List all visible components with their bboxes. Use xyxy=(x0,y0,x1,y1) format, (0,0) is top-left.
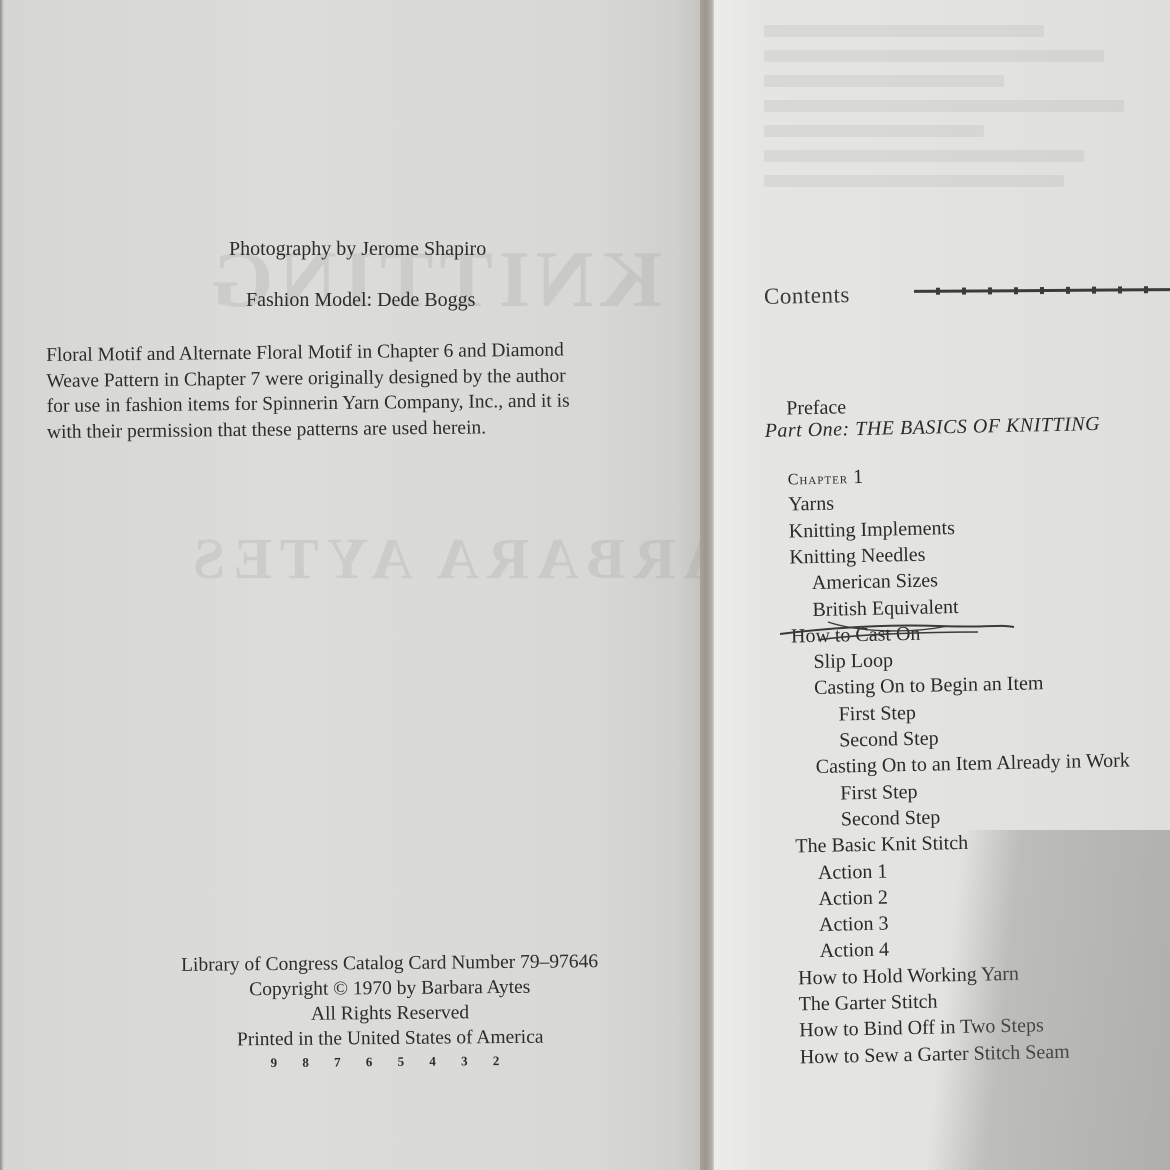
toc-entry: Knitting Needles xyxy=(789,544,926,570)
show-through-lines xyxy=(764,12,1164,200)
hand-shadow xyxy=(926,830,1170,1170)
toc-entry: Knitting Implements xyxy=(789,517,956,543)
contents-heading: Contents xyxy=(764,282,850,310)
toc-entry: The Basic Knit Stitch xyxy=(795,832,968,859)
toc-entry: How to Hold Working Yarn xyxy=(798,962,1019,990)
photography-credit: Photography by Jerome Shapiro xyxy=(229,238,486,261)
toc-entry: Preface xyxy=(786,396,846,420)
decorative-rule xyxy=(914,288,1170,293)
book-gutter xyxy=(700,0,714,1170)
toc-entry: Second Step xyxy=(841,806,941,831)
toc-entry: Casting On to Begin an Item xyxy=(814,673,1044,701)
toc-entry: Action 4 xyxy=(819,939,889,963)
toc-entry: Slip Loop xyxy=(813,649,893,674)
toc-chapter-heading: Chapter 1 xyxy=(787,466,863,491)
toc-entry: Action 1 xyxy=(818,860,888,884)
toc-entry: The Garter Stitch xyxy=(798,991,937,1017)
toc-entry: Yarns xyxy=(788,493,834,517)
toc-entry: How to Bind Off in Two Steps xyxy=(799,1015,1044,1043)
table-of-contents: PrefacePart One: THE BASICS OF KNITTINGC… xyxy=(764,388,1170,398)
toc-entry: Action 2 xyxy=(818,886,888,910)
right-page: Contents PrefacePart One: THE BASICS OF … xyxy=(714,0,1170,1170)
toc-entry: How to Cast On xyxy=(791,623,921,649)
lccn-line: Library of Congress Catalog Card Number … xyxy=(99,948,679,978)
show-through-author: BARBARA AYTES xyxy=(185,525,772,592)
toc-entry: American Sizes xyxy=(812,570,939,596)
printing-number-line: 9 8 7 6 5 4 3 2 xyxy=(100,1048,680,1075)
toc-entry: First Step xyxy=(838,702,916,727)
toc-entry: British Equivalent xyxy=(812,595,959,621)
model-credit: Fashion Model: Dede Boggs xyxy=(246,289,475,312)
toc-entry: Action 3 xyxy=(819,913,889,937)
left-page: KNITTING BARBARA AYTES Photography by Je… xyxy=(0,0,700,1170)
toc-entry: How to Sew a Garter Stitch Seam xyxy=(800,1040,1070,1069)
pattern-permission-notice: Floral Motif and Alternate Floral Motif … xyxy=(46,336,707,445)
toc-entry: First Step xyxy=(840,780,918,805)
toc-entry: Second Step xyxy=(839,727,939,752)
copyright-imprint: Library of Congress Catalog Card Number … xyxy=(99,948,680,1075)
toc-entry: Casting On to an Item Already in Work xyxy=(816,750,1131,780)
